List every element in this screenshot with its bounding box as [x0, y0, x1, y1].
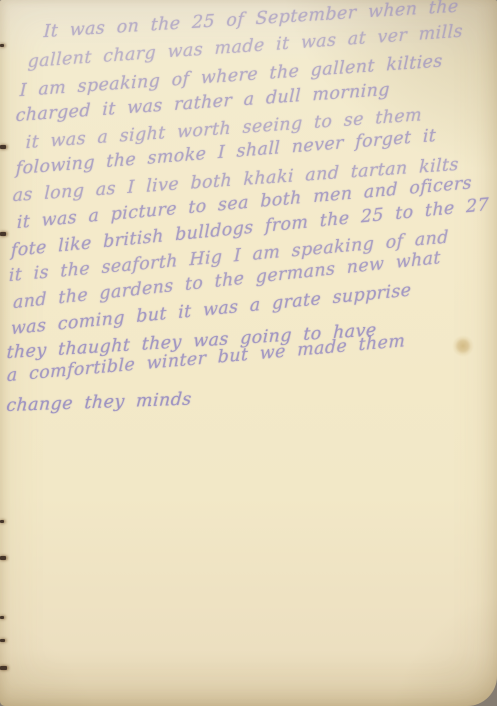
handwriting-line: change they minds [6, 390, 193, 417]
diary-page: It was on the 25 of September when the g… [0, 0, 497, 706]
handwritten-text: It was on the 25 of September when the g… [0, 0, 497, 706]
scanned-page-photo: It was on the 25 of September when the g… [0, 0, 497, 706]
